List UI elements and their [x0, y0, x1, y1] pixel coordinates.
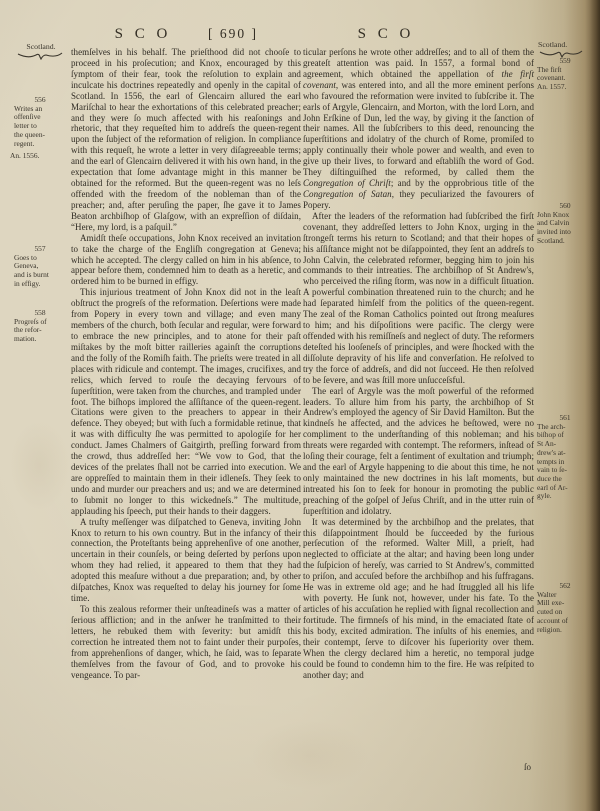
running-head-left-label: Scotland.	[26, 42, 55, 51]
margin-note: 561 The arch- biſhop of St An- drew's at…	[537, 414, 593, 501]
paragraph: It was determined by the archbiſhop and …	[303, 517, 534, 681]
paragraph: themſelves in his behalf. The prieſthood…	[71, 47, 301, 233]
margin-note-text: Goes to Geneva, and is burnt in effigy.	[14, 254, 66, 289]
margin-note-text: The firſt covenant. An. 1557.	[537, 66, 593, 92]
margin-note-text: Writes an offenſive letter to the queen-…	[14, 105, 66, 149]
margin-note: 562 Walter Mill exe- cuted on account of…	[537, 582, 593, 634]
margin-note-text: An. 1556.	[10, 152, 66, 161]
right-column: ticular perſons he wrote other addreſſes…	[303, 47, 534, 680]
running-head-right-label: Scotland.	[538, 40, 567, 49]
margin-note-text: Walter Mill exe- cuted on account of rel…	[537, 591, 593, 635]
header-title-right: S C O	[358, 26, 415, 43]
paragraph: ticular perſons he wrote other addreſſes…	[303, 47, 534, 211]
left-column: themſelves in his behalf. The prieſthood…	[71, 47, 301, 680]
paragraph: The earl of Argyle was the moſt powerful…	[303, 386, 534, 517]
margin-note: 556 Writes an offenſive letter to the qu…	[14, 96, 66, 148]
paper-stain	[250, 720, 370, 790]
margin-note-text: The arch- biſhop of St An- drew's at- te…	[537, 423, 593, 501]
paragraph: After the leaders of the reformation had…	[303, 211, 534, 386]
page-number: [ 690 ]	[208, 26, 258, 42]
margin-note: 560 John Knox and Calvin invited into Sc…	[537, 202, 593, 246]
paragraph: Amidſt theſe occupations, John Knox rece…	[71, 233, 301, 288]
flourish-icon	[16, 51, 64, 60]
header-title-left: S C O	[115, 26, 172, 43]
margin-note-text: Progreſs of the refor- mation.	[14, 318, 66, 344]
book-page: S C O [ 690 ] S C O Scotland. 556 Writes…	[0, 0, 600, 811]
catchword: ſo	[303, 762, 531, 772]
paper-stain	[10, 420, 70, 510]
paragraph: A truſty meſſenger was diſpatched to Gen…	[71, 517, 301, 604]
margin-note: 557 Goes to Geneva, and is burnt in effi…	[14, 245, 66, 289]
margin-note: 558 Progreſs of the refor- mation.	[14, 309, 66, 344]
running-head-left: Scotland.	[16, 42, 66, 60]
margin-note: 559 The firſt covenant. An. 1557.	[537, 57, 593, 92]
paragraph: To this zealous reformer their unſteadin…	[71, 604, 301, 680]
paragraph: This injurious treatment of John Knox di…	[71, 287, 301, 516]
page-edge-shadow	[590, 0, 600, 811]
margin-note-text: John Knox and Calvin invited into Scotla…	[537, 211, 593, 246]
margin-note: An. 1556.	[10, 152, 66, 161]
